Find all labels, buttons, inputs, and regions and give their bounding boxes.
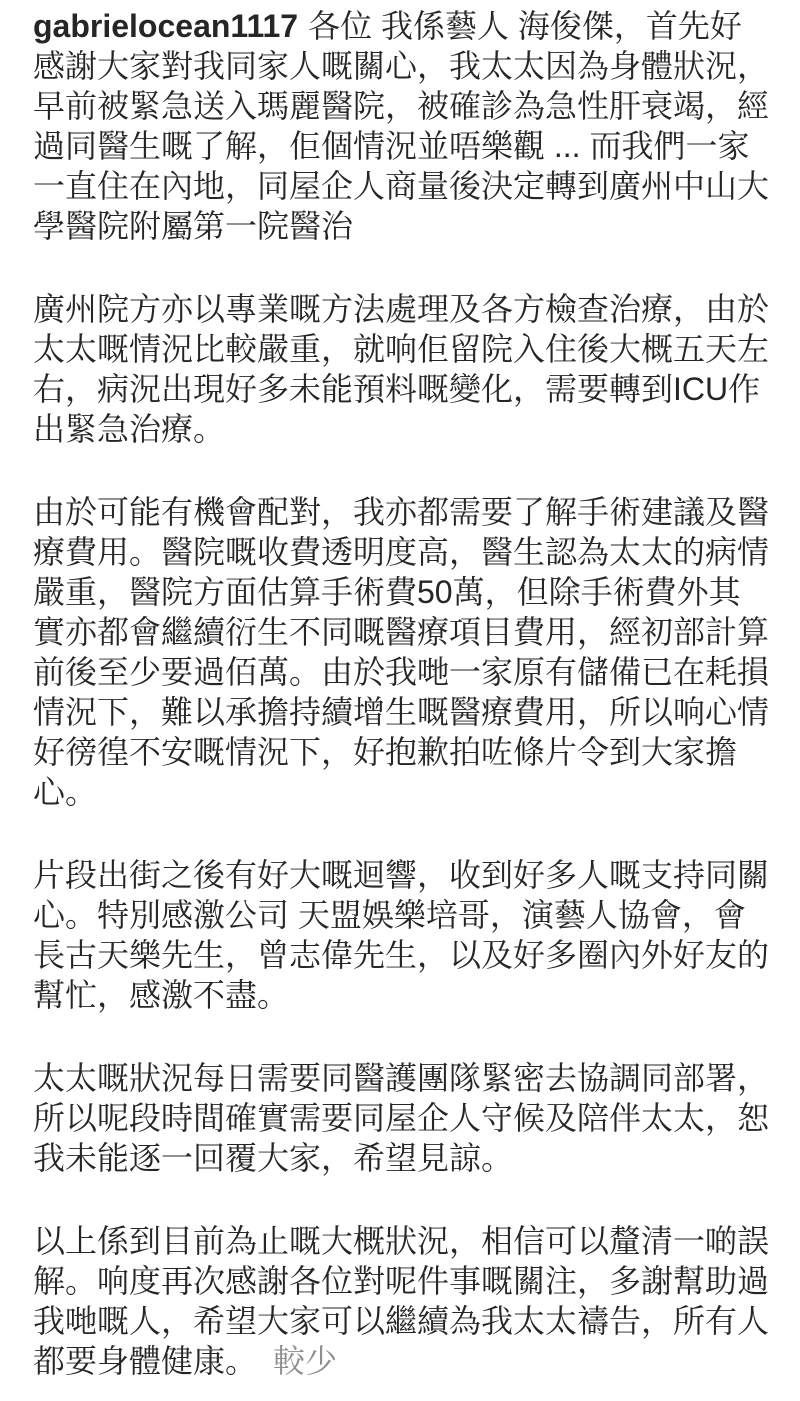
caption-paragraph: 太太嘅狀況每日需要同醫護團隊緊密去協調同部署，所以呢段時間確實需要同屋企人守候及… [33, 1058, 772, 1178]
caption-paragraph: 由於可能有機會配對，我亦都需要了解手術建議及醫療費用。醫院嘅收費透明度高，醫生認… [33, 492, 772, 812]
post-caption: gabrielocean1117各位 我係藝人 海俊傑，首先好感謝大家對我同家人… [33, 6, 772, 1381]
caption-paragraph: 以上係到目前為止嘅大概狀況，相信可以釐清一啲誤解。响度再次感謝各位對呢件事嘅關注… [33, 1221, 772, 1381]
caption-paragraph: gabrielocean1117各位 我係藝人 海俊傑，首先好感謝大家對我同家人… [33, 6, 772, 246]
caption-paragraph: 片段出街之後有好大嘅迴響，收到好多人嘅支持同關心。特別感激公司 天盟娛樂培哥，演… [33, 855, 772, 1015]
caption-paragraph: 廣州院方亦以專業嘅方法處理及各方檢查治療，由於太太嘅情況比較嚴重，就响佢留院入住… [33, 289, 772, 449]
caption-text: 以上係到目前為止嘅大概狀況，相信可以釐清一啲誤解。响度再次感謝各位對呢件事嘅關注… [33, 1223, 769, 1379]
show-less-link[interactable]: 較少 [273, 1343, 337, 1379]
username-link[interactable]: gabrielocean1117 [33, 8, 298, 44]
